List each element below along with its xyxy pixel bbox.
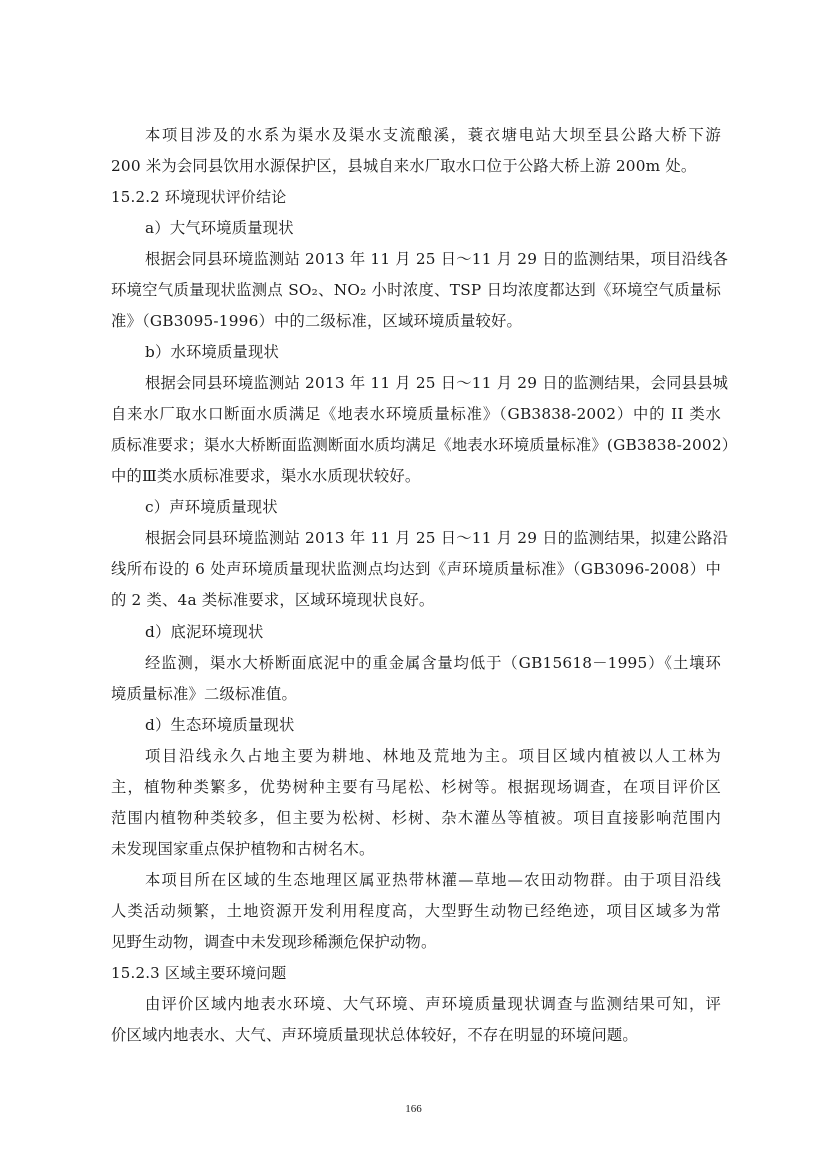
paragraph-line: 由评价区域内地表水环境、大气环境、声环境质量现状调查与监测结果可知，评 [145,994,721,1014]
paragraph-line: 200 米为会同县饮用水源保护区，县城自来水厂取水口位于公路大桥上游 200m … [111,156,721,176]
paragraph-line: 本项目涉及的水系为渠水及渠水支流酿溪，蓑衣塘电站大坝至县公路大桥下游 [145,125,721,145]
paragraph-line: 中的Ⅲ类水质标准要求，渠水水质现状较好。 [111,466,721,486]
paragraph-line: 项目沿线永久占地主要为耕地、林地及荒地为主。项目区域内植被以人工林为 [145,746,721,766]
subheading-sediment: d）底泥环境现状 [145,622,721,642]
section-number: 15.2.3 [111,964,160,982]
paragraph-line: 的 2 类、4a 类标准要求，区域环境现状良好。 [111,590,721,610]
subheading-noise-quality: c）声环境质量现状 [145,497,721,517]
paragraph-line: 自来水厂取水口断面水质满足《地表水环境质量标准》（GB3838-2002）中的 … [111,404,721,424]
section-title: 区域主要环境问题 [165,964,287,982]
page-number: 166 [0,1103,827,1115]
section-title: 环境现状评价结论 [165,188,287,206]
paragraph-line: 本项目所在区域的生态地理区属亚热带林灌—草地—农田动物群。由于项目沿线 [145,870,721,890]
paragraph-line: 根据会同县环境监测站 2013 年 11 月 25 日～11 月 29 日的监测… [145,249,721,269]
paragraph-line: 人类活动频繁，土地资源开发利用程度高，大型野生动物已经绝迹，项目区域多为常 [111,901,721,921]
paragraph-line: 环境空气质量现状监测点 SO₂、NO₂ 小时浓度、TSP 日均浓度都达到《环境空… [111,280,721,300]
section-heading-15-2-3: 15.2.3 区域主要环境问题 [111,963,721,983]
section-number: 15.2.2 [111,188,160,206]
paragraph-line: 主，植物种类繁多，优势树种主要有马尾松、杉树等。根据现场调查，在项目评价区 [111,777,721,797]
paragraph-line: 质标准要求；渠水大桥断面监测断面水质均满足《地表水环境质量标准》(GB3838-… [111,435,721,455]
paragraph-line: 根据会同县环境监测站 2013 年 11 月 25 日～11 月 29 日的监测… [145,528,721,548]
subheading-water-quality: b）水环境质量现状 [145,342,721,362]
paragraph-line: 经监测，渠水大桥断面底泥中的重金属含量均低于（GB15618－1995）《土壤环 [145,653,721,673]
paragraph-line: 根据会同县环境监测站 2013 年 11 月 25 日～11 月 29 日的监测… [145,373,721,393]
paragraph-line: 未发现国家重点保护植物和古树名木。 [111,839,721,859]
paragraph-line: 线所布设的 6 处声环境质量现状监测点均达到《声环境质量标准》（GB3096-2… [111,559,721,579]
section-heading-15-2-2: 15.2.2 环境现状评价结论 [111,187,721,207]
subheading-ecology: d）生态环境质量现状 [145,715,721,735]
paragraph-line: 准》（GB3095-1996）中的二级标准，区域环境质量较好。 [111,311,721,331]
paragraph-line: 范围内植物种类较多，但主要为松树、杉树、杂木灌丛等植被。项目直接影响范围内 [111,808,721,828]
paragraph-line: 价区域内地表水、大气、声环境质量现状总体较好，不存在明显的环境问题。 [111,1025,721,1045]
subheading-air-quality: a）大气环境质量现状 [145,218,721,238]
document-page: 本项目涉及的水系为渠水及渠水支流酿溪，蓑衣塘电站大坝至县公路大桥下游 200 米… [0,0,827,1169]
paragraph-line: 境质量标准》二级标准值。 [111,684,721,704]
paragraph-line: 见野生动物，调查中未发现珍稀濒危保护动物。 [111,932,721,952]
